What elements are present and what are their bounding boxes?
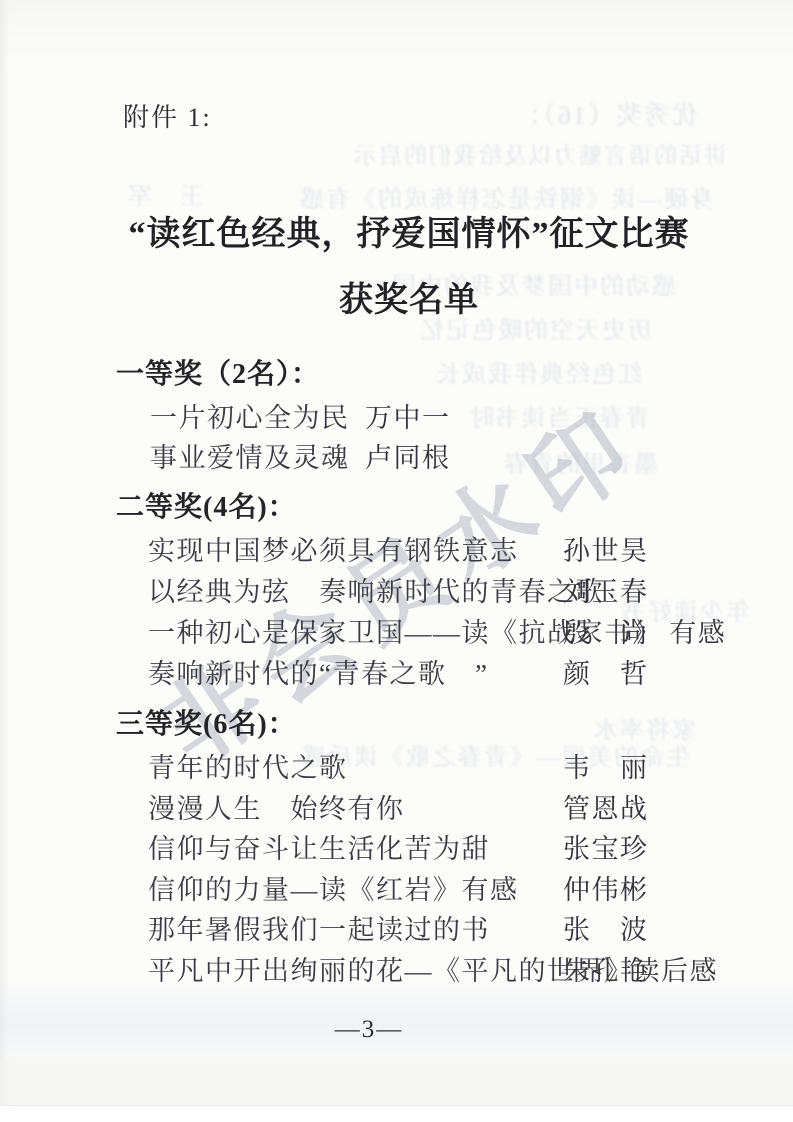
prize-section: 一等奖（2名）： 一片初心全为民 万中一 事业爱情及灵魂 卢同根 [0, 352, 793, 478]
prize-section: 三等奖(6名)： 青年的时代之歌 韦 丽 漫漫人生 始终有你 管恩战 信仰与奋斗… [0, 702, 793, 991]
author-name: 卢同根 [365, 438, 451, 478]
author-name: 管恩战 [563, 789, 649, 830]
attachment-label: 附件 1: [123, 97, 212, 134]
bleedthrough-text: 优秀奖（16）： [513, 95, 698, 132]
award-sections: 一等奖（2名）： 一片初心全为民 万中一 事业爱情及灵魂 卢同根 二等奖(4名)… [0, 352, 793, 991]
essay-title: 信仰的力量—读《红岩》有感 [148, 875, 519, 905]
author-name: 韦 丽 [563, 748, 649, 789]
essay-title: 实现中国梦必须具有钢铁意志 [148, 536, 519, 566]
essay-title: 漫漫人生 始终有你 [148, 794, 405, 824]
essay-title: 以经典为弦 奏响新时代的青春之歌 [148, 577, 604, 607]
author-name: 孙世昊 [563, 531, 649, 572]
author-name: 万中一 [365, 398, 451, 438]
author-name: 张宝珍 [563, 829, 649, 870]
document-title-line2: 获奖名单 [80, 272, 738, 321]
prize-entries: 一片初心全为民 万中一 事业爱情及灵魂 卢同根 [0, 398, 793, 478]
award-entry: 信仰与奋斗让生活化苦为甜 张宝珍 [0, 829, 793, 870]
page-number: —3— [0, 1016, 738, 1044]
scanned-page: 优秀奖（16）： 讲话的语言魅力以及给我们的启示 身硬—读《钢铁是怎样炼成的》有… [0, 0, 793, 1122]
award-entry: 那年暑假我们一起读过的书 张 波 [0, 910, 793, 951]
author-name: 颜 哲 [563, 654, 649, 695]
award-entry: 一片初心全为民 万中一 [0, 398, 793, 438]
prize-entries: 实现中国梦必须具有钢铁意志 孙世昊 以经典为弦 奏响新时代的青春之歌 刘玉春 一… [0, 531, 793, 695]
award-entry: 奏响新时代的“青春之歌 ” 颜 哲 [0, 654, 793, 695]
prize-heading: 一等奖（2名）： [0, 352, 793, 398]
prize-heading: 二等奖(4名)： [0, 485, 793, 531]
scan-shading-bottom [0, 1058, 793, 1105]
essay-title: 一片初心全为民 [150, 403, 350, 433]
essay-title: 奏响新时代的“青春之歌 ” [148, 659, 488, 689]
essay-title: 青年的时代之歌 [148, 753, 348, 783]
award-entry: 实现中国梦必须具有钢铁意志 孙世昊 [0, 531, 793, 572]
essay-title: 信仰与奋斗让生活化苦为甜 [148, 834, 490, 864]
author-name: 刘玉春 [563, 572, 649, 613]
prize-entries: 青年的时代之歌 韦 丽 漫漫人生 始终有你 管恩战 信仰与奋斗让生活化苦为甜 张… [0, 748, 793, 991]
author-name: 仲伟彬 [563, 870, 649, 911]
award-entry: 青年的时代之歌 韦 丽 [0, 748, 793, 789]
award-entry: 一种初心是保家卫国——读《抗战家书》 有感 殷 尚 [0, 613, 793, 654]
prize-heading: 三等奖(6名)： [0, 702, 793, 748]
scan-shading-top [0, 0, 793, 70]
award-entry: 以经典为弦 奏响新时代的青春之歌 刘玉春 [0, 572, 793, 613]
essay-title: 那年暑假我们一起读过的书 [148, 915, 490, 945]
award-entry: 事业爱情及灵魂 卢同根 [0, 438, 793, 478]
award-entry: 平凡中开出绚丽的花—《平凡的世界》读后感 朱孔艳 [0, 951, 793, 992]
award-entry: 漫漫人生 始终有你 管恩战 [0, 789, 793, 830]
author-name: 殷 尚 [563, 613, 649, 654]
document-title-line1: “读红色经典，抒爱国情怀”征文比赛 [80, 206, 738, 255]
author-name: 张 波 [563, 910, 649, 951]
bleedthrough-text: 讲话的语言魅力以及给我们的启示 [352, 137, 727, 170]
essay-title: 事业爱情及灵魂 [150, 443, 350, 473]
award-entry: 信仰的力量—读《红岩》有感 仲伟彬 [0, 870, 793, 911]
scan-page-edge [0, 1105, 793, 1122]
author-name: 朱孔艳 [563, 951, 649, 992]
prize-section: 二等奖(4名)： 实现中国梦必须具有钢铁意志 孙世昊 以经典为弦 奏响新时代的青… [0, 485, 793, 695]
